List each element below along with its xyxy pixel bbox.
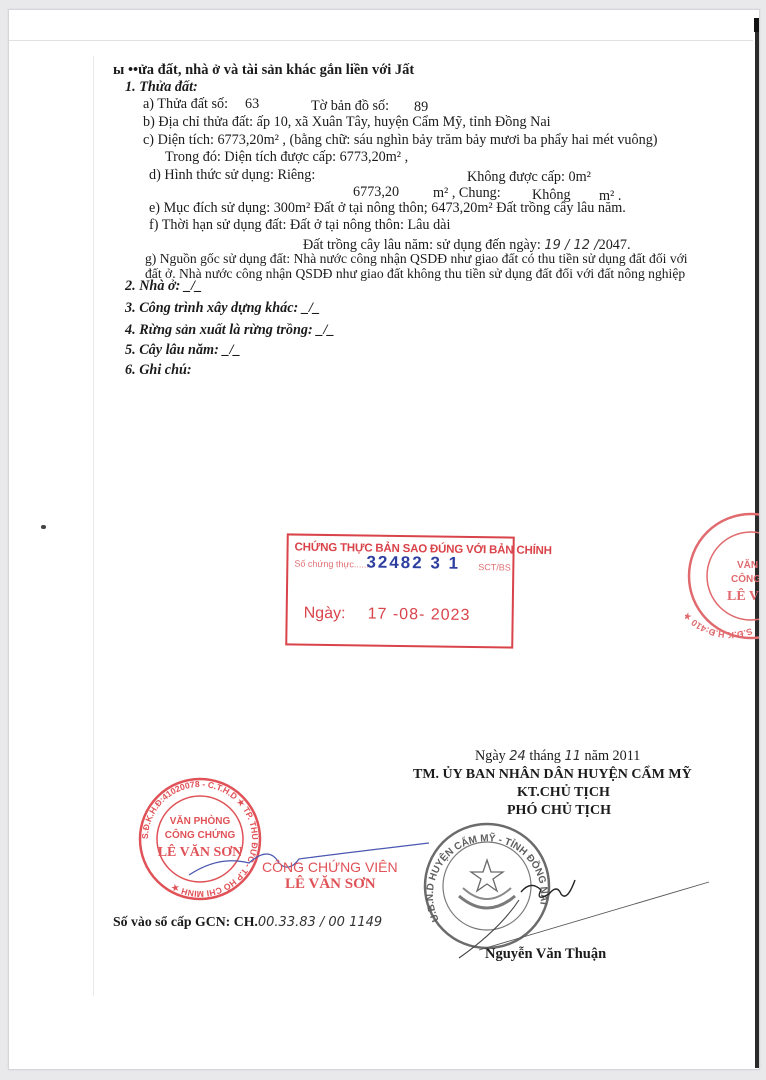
certification-stamp: CHỨNG THỰC BẢN SAO ĐÚNG VỚI BẢN CHÍNH Số… [285,533,515,648]
usage-form-label: d) Hình thức sử dụng: Riêng: [149,167,315,183]
document-page: ы ••ửa đất, nhà ở và tài sản khác gắn li… [8,9,760,1070]
notary-seal-partial-line3: LÊ VĂ [727,587,760,604]
signing-year: năm 2011 [585,748,641,764]
section-1-title: 1. Thửa đất: [125,79,198,95]
usage-term: f) Thời hạn sử dụng đất: Đất ở tại nông … [149,217,450,233]
land-certificate-page: ы ••ửa đất, nhà ở và tài sản khác gắn li… [9,10,759,1069]
notary-name: LÊ VĂN SƠN [285,876,376,893]
signing-date: Ngày 24 tháng 11 năm 2011 [475,748,640,765]
signer-name: Nguyễn Văn Thuận [485,946,606,962]
notary-seal-partial-line2: CÔNG [731,572,760,585]
notary-seal-partial: S.Đ.K.H.Đ:410 ★ TP. THỦ ĐỨC - T VĂN CÔNG… [685,510,760,646]
usage-common-label: m² , Chung: [433,185,501,201]
registry-number-label: Số vào sổ cấp GCN: CH. [113,914,258,929]
map-sheet-value: 89 [414,99,428,115]
area-granted: Trong đó: Diện tích được cấp: 6773,20m² … [165,149,408,165]
notary-seal-partial-line1: VĂN [737,558,758,571]
certification-date-label: Ngày: [304,605,346,624]
parcel-address: b) Địa chỉ thửa đất: ấp 10, xã Xuân Tây,… [143,114,551,130]
map-sheet-label: Tờ bản đồ số: [311,98,389,114]
parcel-number-label: a) Thửa đất số: [143,96,228,112]
signing-day-handwritten: 24 [509,749,526,764]
certification-number-label: Số chứng thực....... [294,559,371,570]
parcel-number-value: 63 [245,96,259,112]
usage-private-value: 6773,20 [353,184,399,200]
certification-number-value: 32482 3 1 [366,553,460,574]
certification-number-suffix: SCT/BS [478,562,511,572]
land-origin-line-2: đất ở. Nhà nước công nhận QSDĐ như giao … [145,266,685,282]
registry-number: Số vào sổ cấp GCN: CH.00.33.83 / 00 1149 [113,914,382,931]
signing-authority: TM. ỦY BAN NHÂN DÂN HUYỆN CẨM MỸ [413,767,692,783]
header-line: ы ••ửa đất, nhà ở và tài sản khác gắn li… [113,62,414,78]
section-2-house: 2. Nhà ở: _/_ [125,278,202,294]
land-purpose: e) Mục đích sử dụng: 300m² Đất ở tại nôn… [149,200,626,216]
section-3-other-construction: 3. Công trình xây dựng khác: _/_ [125,300,320,316]
section-4-production-forest: 4. Rừng sản xuất là rừng trồng: _/_ [125,322,334,338]
section-6-notes: 6. Ghi chú: [125,362,192,378]
chairman-signature [439,850,739,960]
signing-role-2: PHÓ CHỦ TỊCH [507,803,611,819]
certification-date-value: 17 -08- 2023 [368,606,471,625]
area-not-granted: Không được cấp: 0m² [467,169,591,185]
signing-month-handwritten: 11 [564,749,581,764]
signing-role-1: KT.CHỦ TỊCH [517,785,610,801]
notary-title: CÔNG CHỨNG VIÊN [262,859,398,875]
signing-date-prefix: Ngày [475,748,506,764]
registry-number-handwritten: 00.33.83 / 00 1149 [258,915,382,930]
notary-office-line1: VĂN PHÒNG [170,814,231,827]
signing-month-label: tháng [529,748,561,764]
section-5-perennial-trees: 5. Cây lâu năm: _/_ [125,342,240,358]
parcel-area: c) Diện tích: 6773,20m² , (bằng chữ: sáu… [143,132,658,148]
land-origin-line-1: g) Nguồn gốc sử dụng đất: Nhà nước công … [145,251,688,267]
